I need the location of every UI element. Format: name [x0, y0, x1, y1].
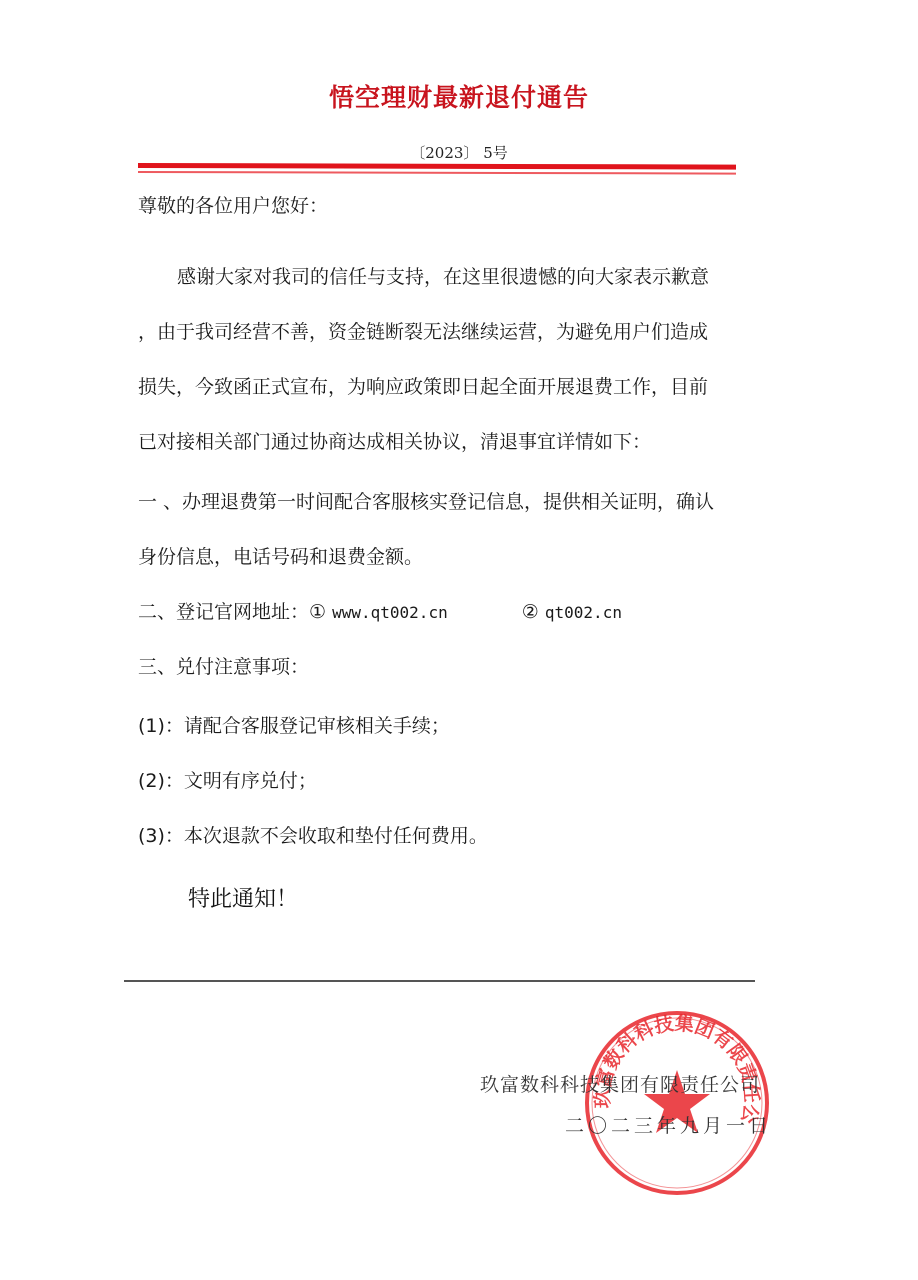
- url-marker-2: ②: [522, 601, 539, 623]
- section-3-item-1: (1)：请配合客服登记审核相关手续；: [138, 713, 450, 739]
- section-3-label: 三、兑付注意事项：: [138, 654, 309, 680]
- header-red-rule: [138, 163, 736, 170]
- body-line-3: 损失，今致函正式宣布，为响应政策即日起全面开展退费工作，目前: [138, 374, 708, 400]
- company-seal-icon: 玖富数科科技集团有限责任公司: [582, 1008, 772, 1198]
- section-1-line-2: 身份信息，电话号码和退费金额。: [138, 544, 423, 570]
- signature-company: 玖富数科科技集团有限责任公司: [480, 1070, 760, 1097]
- document-number: 〔2023〕 5号: [0, 142, 918, 163]
- notice-document: 悟空理财最新退付通告 〔2023〕 5号 尊敬的各位用户您好： 感谢大家对我司的…: [0, 0, 918, 1280]
- url-marker-1: ①: [309, 601, 326, 623]
- section-2-label: 二、登记官网地址：: [138, 601, 309, 623]
- body-line-2: ，由于我司经营不善，资金链断裂无法继续运营，为避免用户们造成: [138, 319, 708, 345]
- header-red-rule-thin: [138, 171, 736, 174]
- closing-remark: 特此通知！: [188, 882, 298, 913]
- footer-rule: [124, 980, 755, 982]
- document-title: 悟空理财最新退付通告: [0, 78, 918, 114]
- section-2-registration-urls: 二、登记官网地址：① www.qt002.cn ② qt002.cn: [138, 599, 622, 626]
- section-1-line-1: 一 、办理退费第一时间配合客服核实登记信息，提供相关证明，确认: [138, 489, 714, 515]
- section-3-item-3: (3)：本次退款不会收取和垫付任何费用。: [138, 823, 488, 849]
- body-line-4: 已对接相关部门通过协商达成相关协议，清退事宜详情如下：: [138, 429, 651, 455]
- signature-date: 二〇二三年九月一日: [565, 1111, 772, 1138]
- section-3-item-2: (2)：文明有序兑付；: [138, 768, 317, 794]
- url-1: www.qt002.cn: [332, 603, 448, 622]
- url-2: qt002.cn: [545, 603, 622, 622]
- body-line-1: 感谢大家对我司的信任与支持，在这里很遗憾的向大家表示歉意: [177, 264, 709, 290]
- greeting: 尊敬的各位用户您好：: [138, 193, 328, 219]
